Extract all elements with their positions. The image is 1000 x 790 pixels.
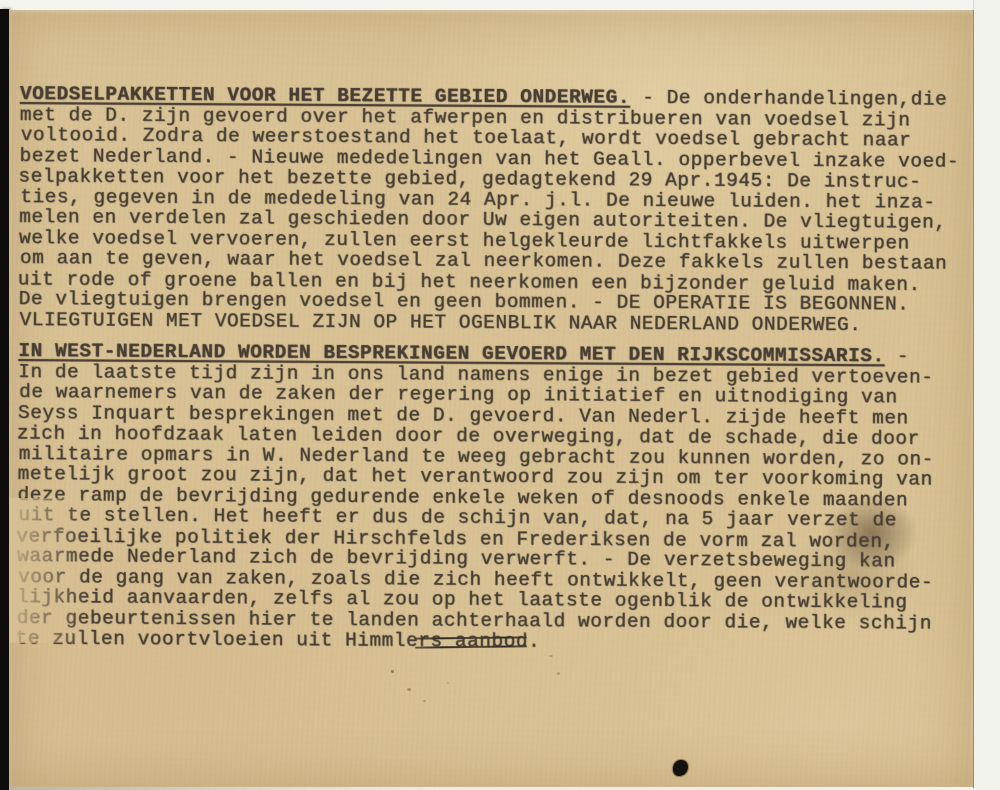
text-block: VOEDSELPAKKETTEN VOOR HET BEZETTE GEBIED… (16, 84, 967, 665)
double-rule-divider (415, 636, 527, 655)
paper-speck (557, 672, 560, 675)
paper-speck (549, 655, 553, 657)
scanned-document: VOEDSELPAKKETTEN VOOR HET BEZETTE GEBIED… (0, 0, 1000, 790)
scanner-margin-top (0, 0, 1000, 10)
scanner-margin-right (973, 0, 1000, 790)
ink-blot (673, 760, 688, 776)
body-text: - (885, 345, 910, 367)
rule-line (415, 636, 527, 639)
paper-sheet: VOEDSELPAKKETTEN VOOR HET BEZETTE GEBIED… (9, 10, 974, 788)
body-text: VLIEGTUIGEN MET VOEDSEL ZIJN OP HET OGEN… (19, 309, 861, 336)
paragraph-2: IN WEST-NEDERLAND WORDEN BESPREKINGEN GE… (17, 341, 967, 654)
scanner-edge-shadow (0, 9, 9, 790)
paragraph-1: VOEDSELPAKKETTEN VOOR HET BEZETTE GEBIED… (18, 84, 967, 336)
paper-speck (447, 682, 449, 684)
paper-speck (391, 670, 394, 673)
paper-speck (423, 700, 426, 702)
typed-line: VLIEGTUIGEN MET VOEDSEL ZIJN OP HET OGEN… (19, 310, 967, 336)
rule-line (415, 645, 527, 648)
paper-speck (407, 688, 411, 691)
